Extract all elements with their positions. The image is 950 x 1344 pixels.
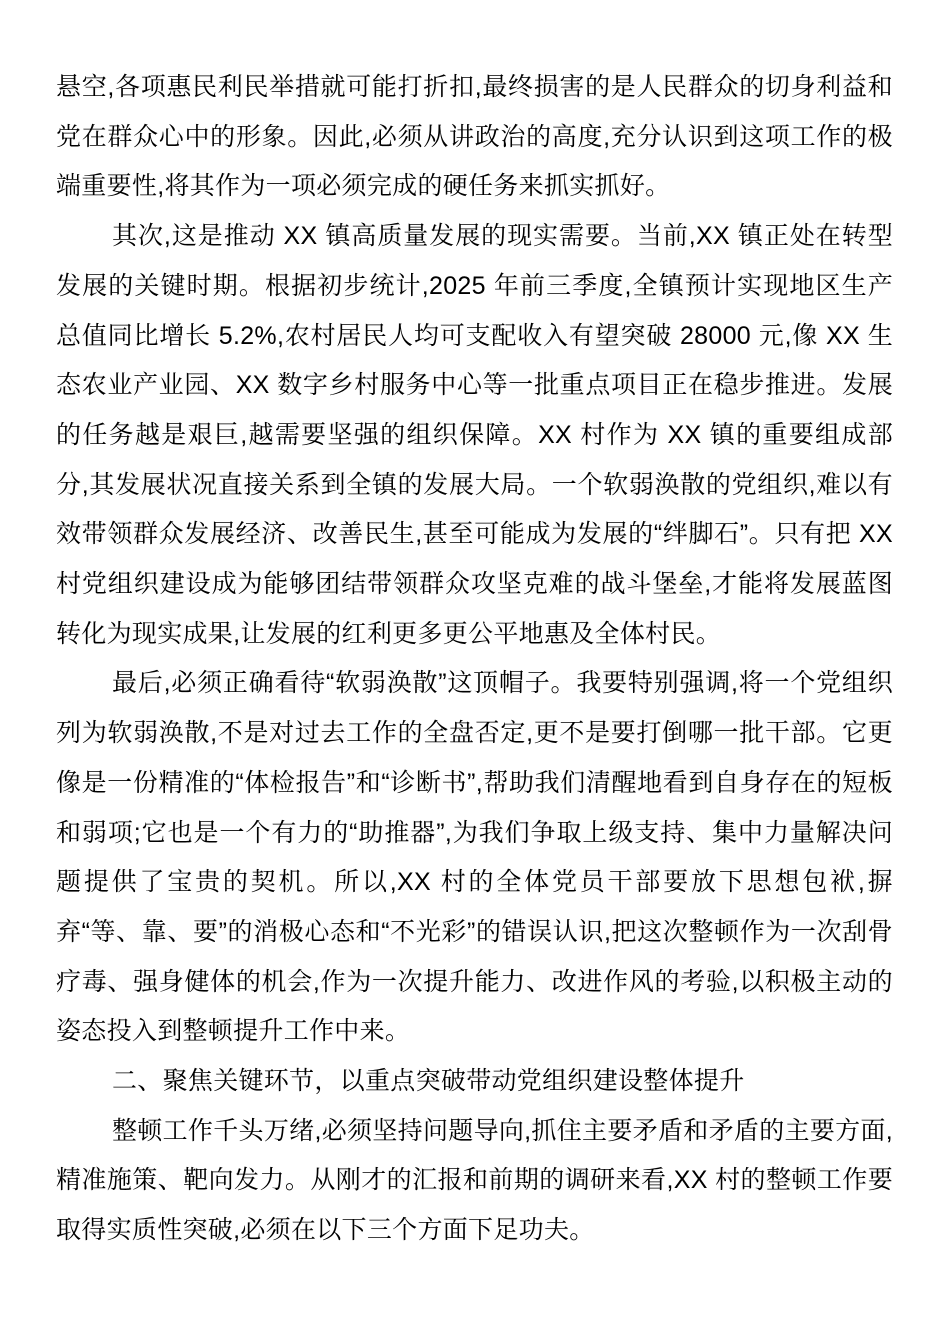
section-heading: 二、聚焦关键环节，以重点突破带动党组织建设整体提升 [56,1057,893,1107]
document-page: 悬空,各项惠民利民举措就可能打折扣,最终损害的是人民群众的切身利益和党在群众心中… [0,0,950,1344]
paragraph-body-3: 最后,必须正确看待“软弱涣散”这顶帽子。我要特别强调,将一个党组织列为软弱涣散,… [56,659,893,1057]
paragraph-continuation: 悬空,各项惠民利民举措就可能打折扣,最终损害的是人民群众的切身利益和党在群众心中… [56,63,893,212]
paragraph-body-4: 整顿工作千头万绪,必须坚持问题导向,抓住主要矛盾和矛盾的主要方面,精准施策、靶向… [56,1107,893,1256]
paragraph-body-2: 其次,这是推动 XX 镇高质量发展的现实需要。当前,XX 镇正处在转型发展的关键… [56,212,893,659]
